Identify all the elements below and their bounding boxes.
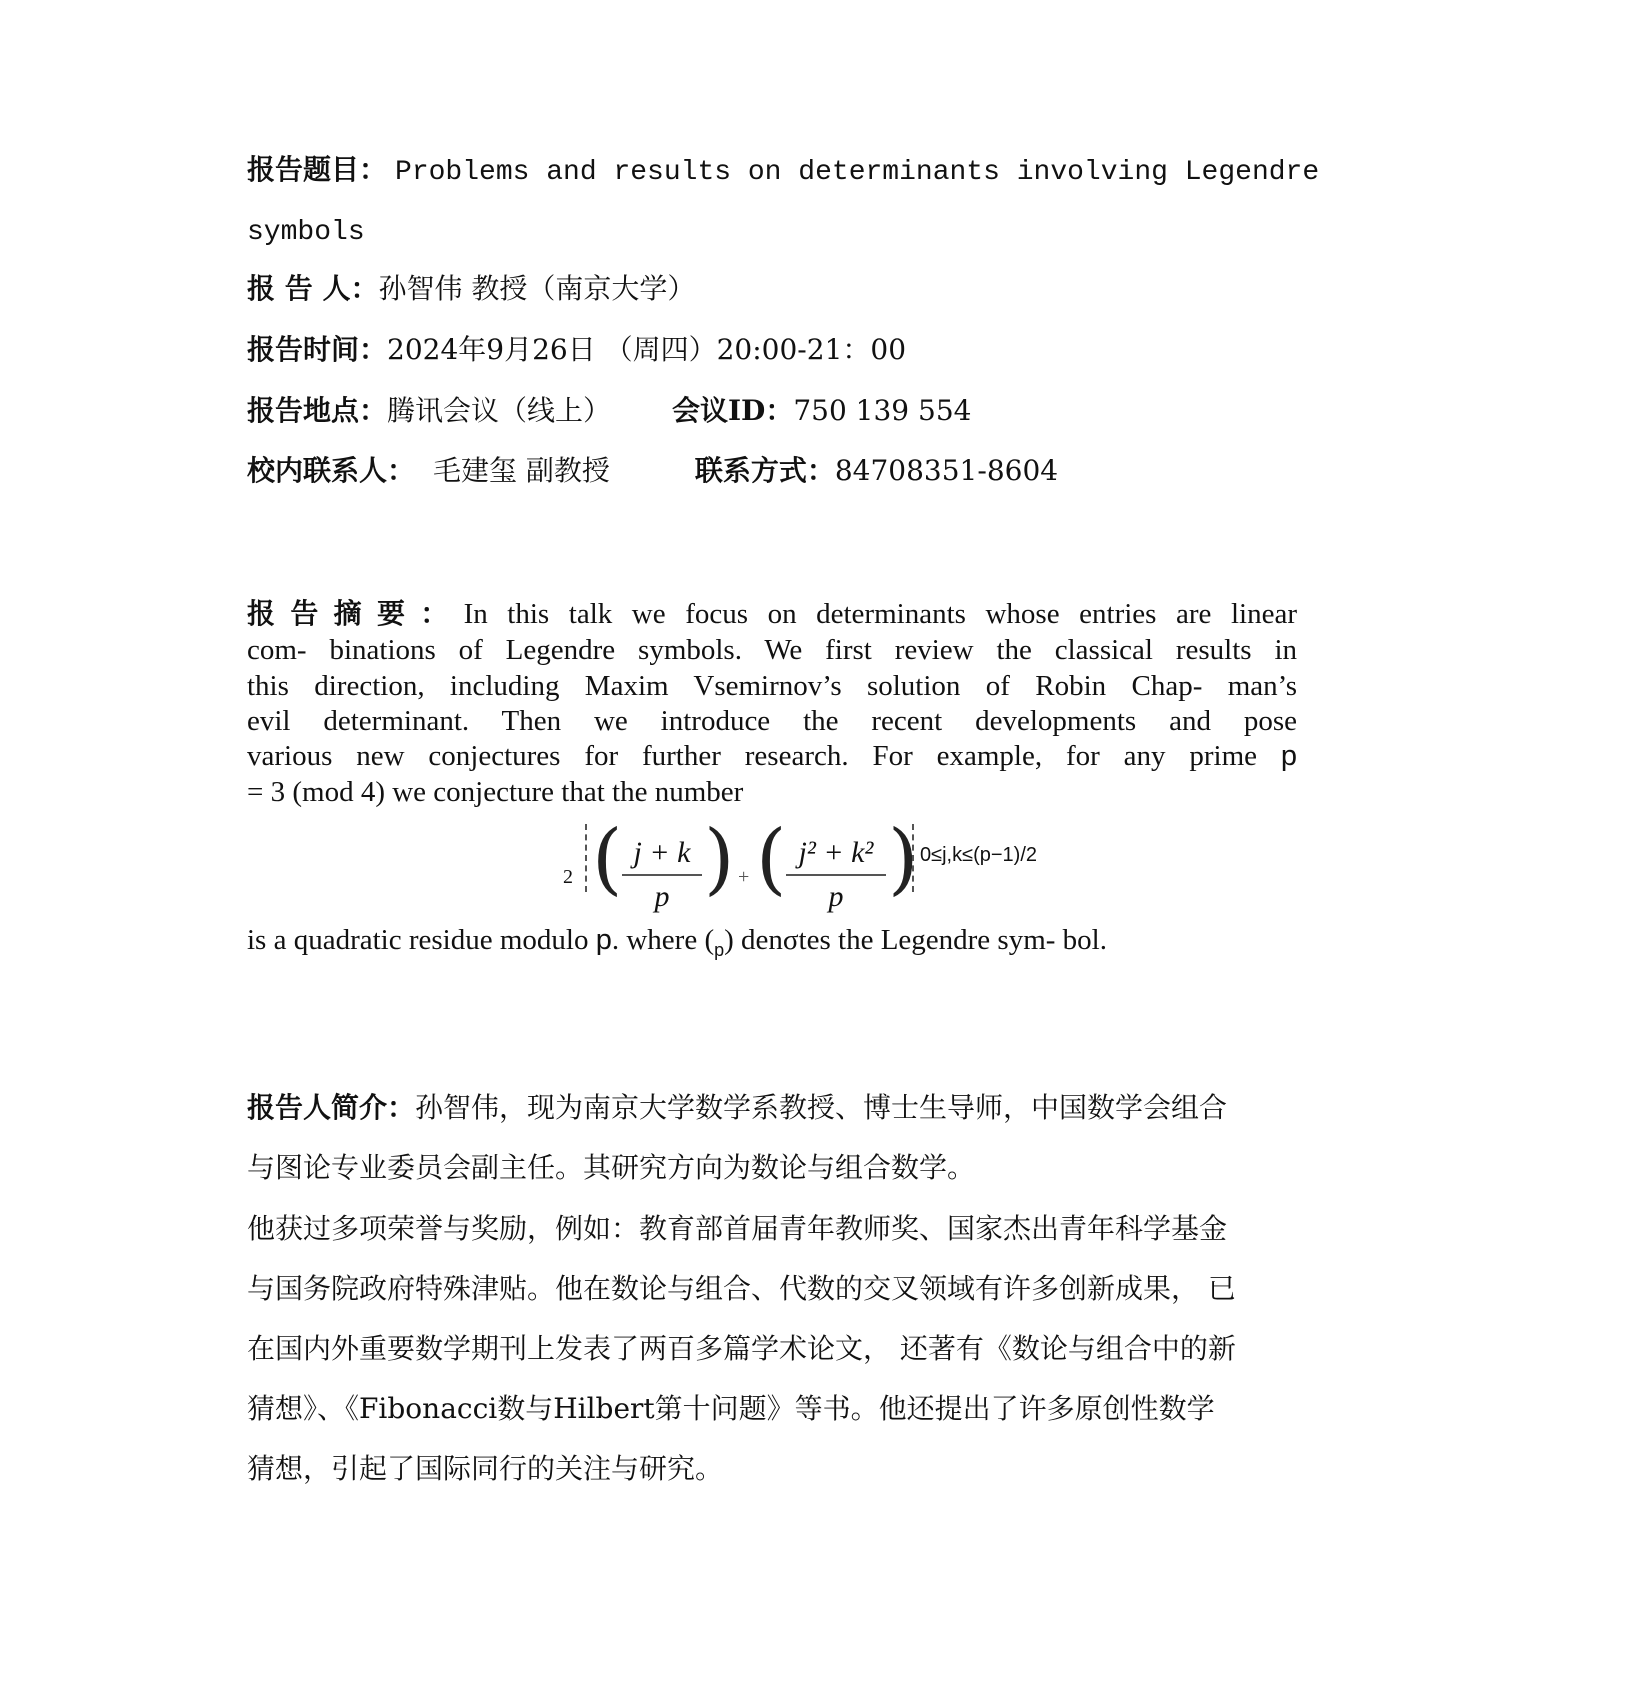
talk-title-label: 报告题目： xyxy=(247,153,387,186)
fraction-1-denominator: p xyxy=(622,880,702,914)
abstract-line-1: 报告摘要：In this talk we focus on determinan… xyxy=(247,596,1297,632)
place-line: 报告地点：腾讯会议（线上） 会议ID：750 139 554 xyxy=(247,393,971,429)
determinant-formula: 2 ( j + k p ) + ( j² + k² p ) 0≤j,k≤(p−1… xyxy=(560,820,1100,920)
place-value: 腾讯会议（线上） xyxy=(387,394,611,427)
abstract-text: In this talk we focus on determinants wh… xyxy=(464,598,1297,630)
determinant-bar-right xyxy=(912,824,914,892)
fraction-1: j + k p xyxy=(622,836,702,914)
bio-line-1: 报告人简介：孙智伟，现为南京大学数学系教授、博士生导师，中国数学会组合 xyxy=(247,1086,1227,1126)
contact-label: 校内联系人： xyxy=(247,454,415,487)
bio-line-3: 他获过多项荣誉与奖励，例如：教育部首届青年教师奖、国家杰出青年科学基金 xyxy=(247,1207,1227,1247)
phone-label: 联系方式： xyxy=(695,454,835,487)
contact-line: 校内联系人：毛建玺 副教授 联系方式：84708351-8604 xyxy=(247,453,1058,489)
bio-line-7: 猜想，引起了国际同行的关注与研究。 xyxy=(247,1447,723,1487)
closing-subscript: p xyxy=(714,940,724,960)
fraction-1-numerator: j + k xyxy=(622,836,702,870)
closing-text: is a quadratic residue modulo xyxy=(247,924,596,956)
contact-value: 毛建玺 副教授 xyxy=(433,454,610,487)
meeting-id-label: 会议ID： xyxy=(672,394,793,427)
talk-title-continuation: symbols xyxy=(247,212,365,251)
fraction-2: j² + k² p xyxy=(786,836,886,914)
determinant-bar-left xyxy=(585,824,587,892)
abstract-text: various new conjectures for further rese… xyxy=(247,740,1257,772)
phone-value: 84708351-8604 xyxy=(835,454,1058,487)
time-value: 2024年9月26日 （周四）20:00-21：00 xyxy=(387,333,906,366)
right-paren-icon: ) xyxy=(704,814,734,904)
closing-text: . where ( xyxy=(612,924,714,956)
meeting-id-value: 750 139 554 xyxy=(793,394,971,427)
prime-symbol: p xyxy=(1281,740,1297,772)
speaker-line: 报 告 人：孙智伟 教授（南京大学） xyxy=(247,271,695,307)
formula-coefficient: 2 xyxy=(563,866,573,889)
formula-subscript: 0≤j,k≤(p−1)/2 xyxy=(920,844,1037,867)
bio-label: 报告人简介： xyxy=(247,1091,415,1124)
talk-title-line: 报告题目：Problems and results on determinant… xyxy=(247,152,1319,191)
left-paren-icon: ( xyxy=(592,814,622,904)
bio-line-6: 猜想》、《Fibonacci数与Hilbert第十问题》等书。他还提出了许多原创… xyxy=(247,1387,1215,1427)
talk-title-text-cont: symbols xyxy=(247,217,365,248)
closing-text: ) denσtes the Legendre sym- bol. xyxy=(724,924,1107,956)
fraction-2-denominator: p xyxy=(786,880,886,914)
bio-line-2: 与图论专业委员会副主任。其研究方向为数论与组合数学。 xyxy=(247,1146,975,1186)
abstract-line-3: this direction, including Maxim Vsemirno… xyxy=(247,669,1297,704)
talk-title-text: Problems and results on determinants inv… xyxy=(395,157,1319,188)
place-label: 报告地点： xyxy=(247,394,387,427)
closing-p: p xyxy=(596,924,612,956)
formula-plus: + xyxy=(738,866,749,889)
abstract-line-4: evil determinant. Then we introduce the … xyxy=(247,704,1297,739)
abstract-line-2: com- binations of Legendre symbols. We f… xyxy=(247,633,1297,668)
fraction-2-numerator: j² + k² xyxy=(786,836,886,870)
bio-line-5: 在国内外重要数学期刊上发表了两百多篇学术论文， 还著有《数论与组合中的新 xyxy=(247,1327,1236,1367)
abstract-closing-line: is a quadratic residue modulo p. where (… xyxy=(247,924,1107,961)
abstract-label: 报告摘要： xyxy=(247,597,464,630)
left-paren-icon: ( xyxy=(756,814,786,904)
speaker-value: 孙智伟 教授（南京大学） xyxy=(379,272,696,305)
abstract-line-5: various new conjectures for further rese… xyxy=(247,739,1297,774)
time-label: 报告时间： xyxy=(247,333,387,366)
speaker-label: 报 告 人： xyxy=(247,272,379,305)
bio-text: 孙智伟，现为南京大学数学系教授、博士生导师，中国数学会组合 xyxy=(415,1091,1227,1124)
abstract-line-6: = 3 (mod 4) we conjecture that the numbe… xyxy=(247,775,1297,810)
time-line: 报告时间：2024年9月26日 （周四）20:00-21：00 xyxy=(247,332,906,368)
bio-line-4: 与国务院政府特殊津贴。他在数论与组合、代数的交叉领域有许多创新成果， 已 xyxy=(247,1267,1236,1307)
